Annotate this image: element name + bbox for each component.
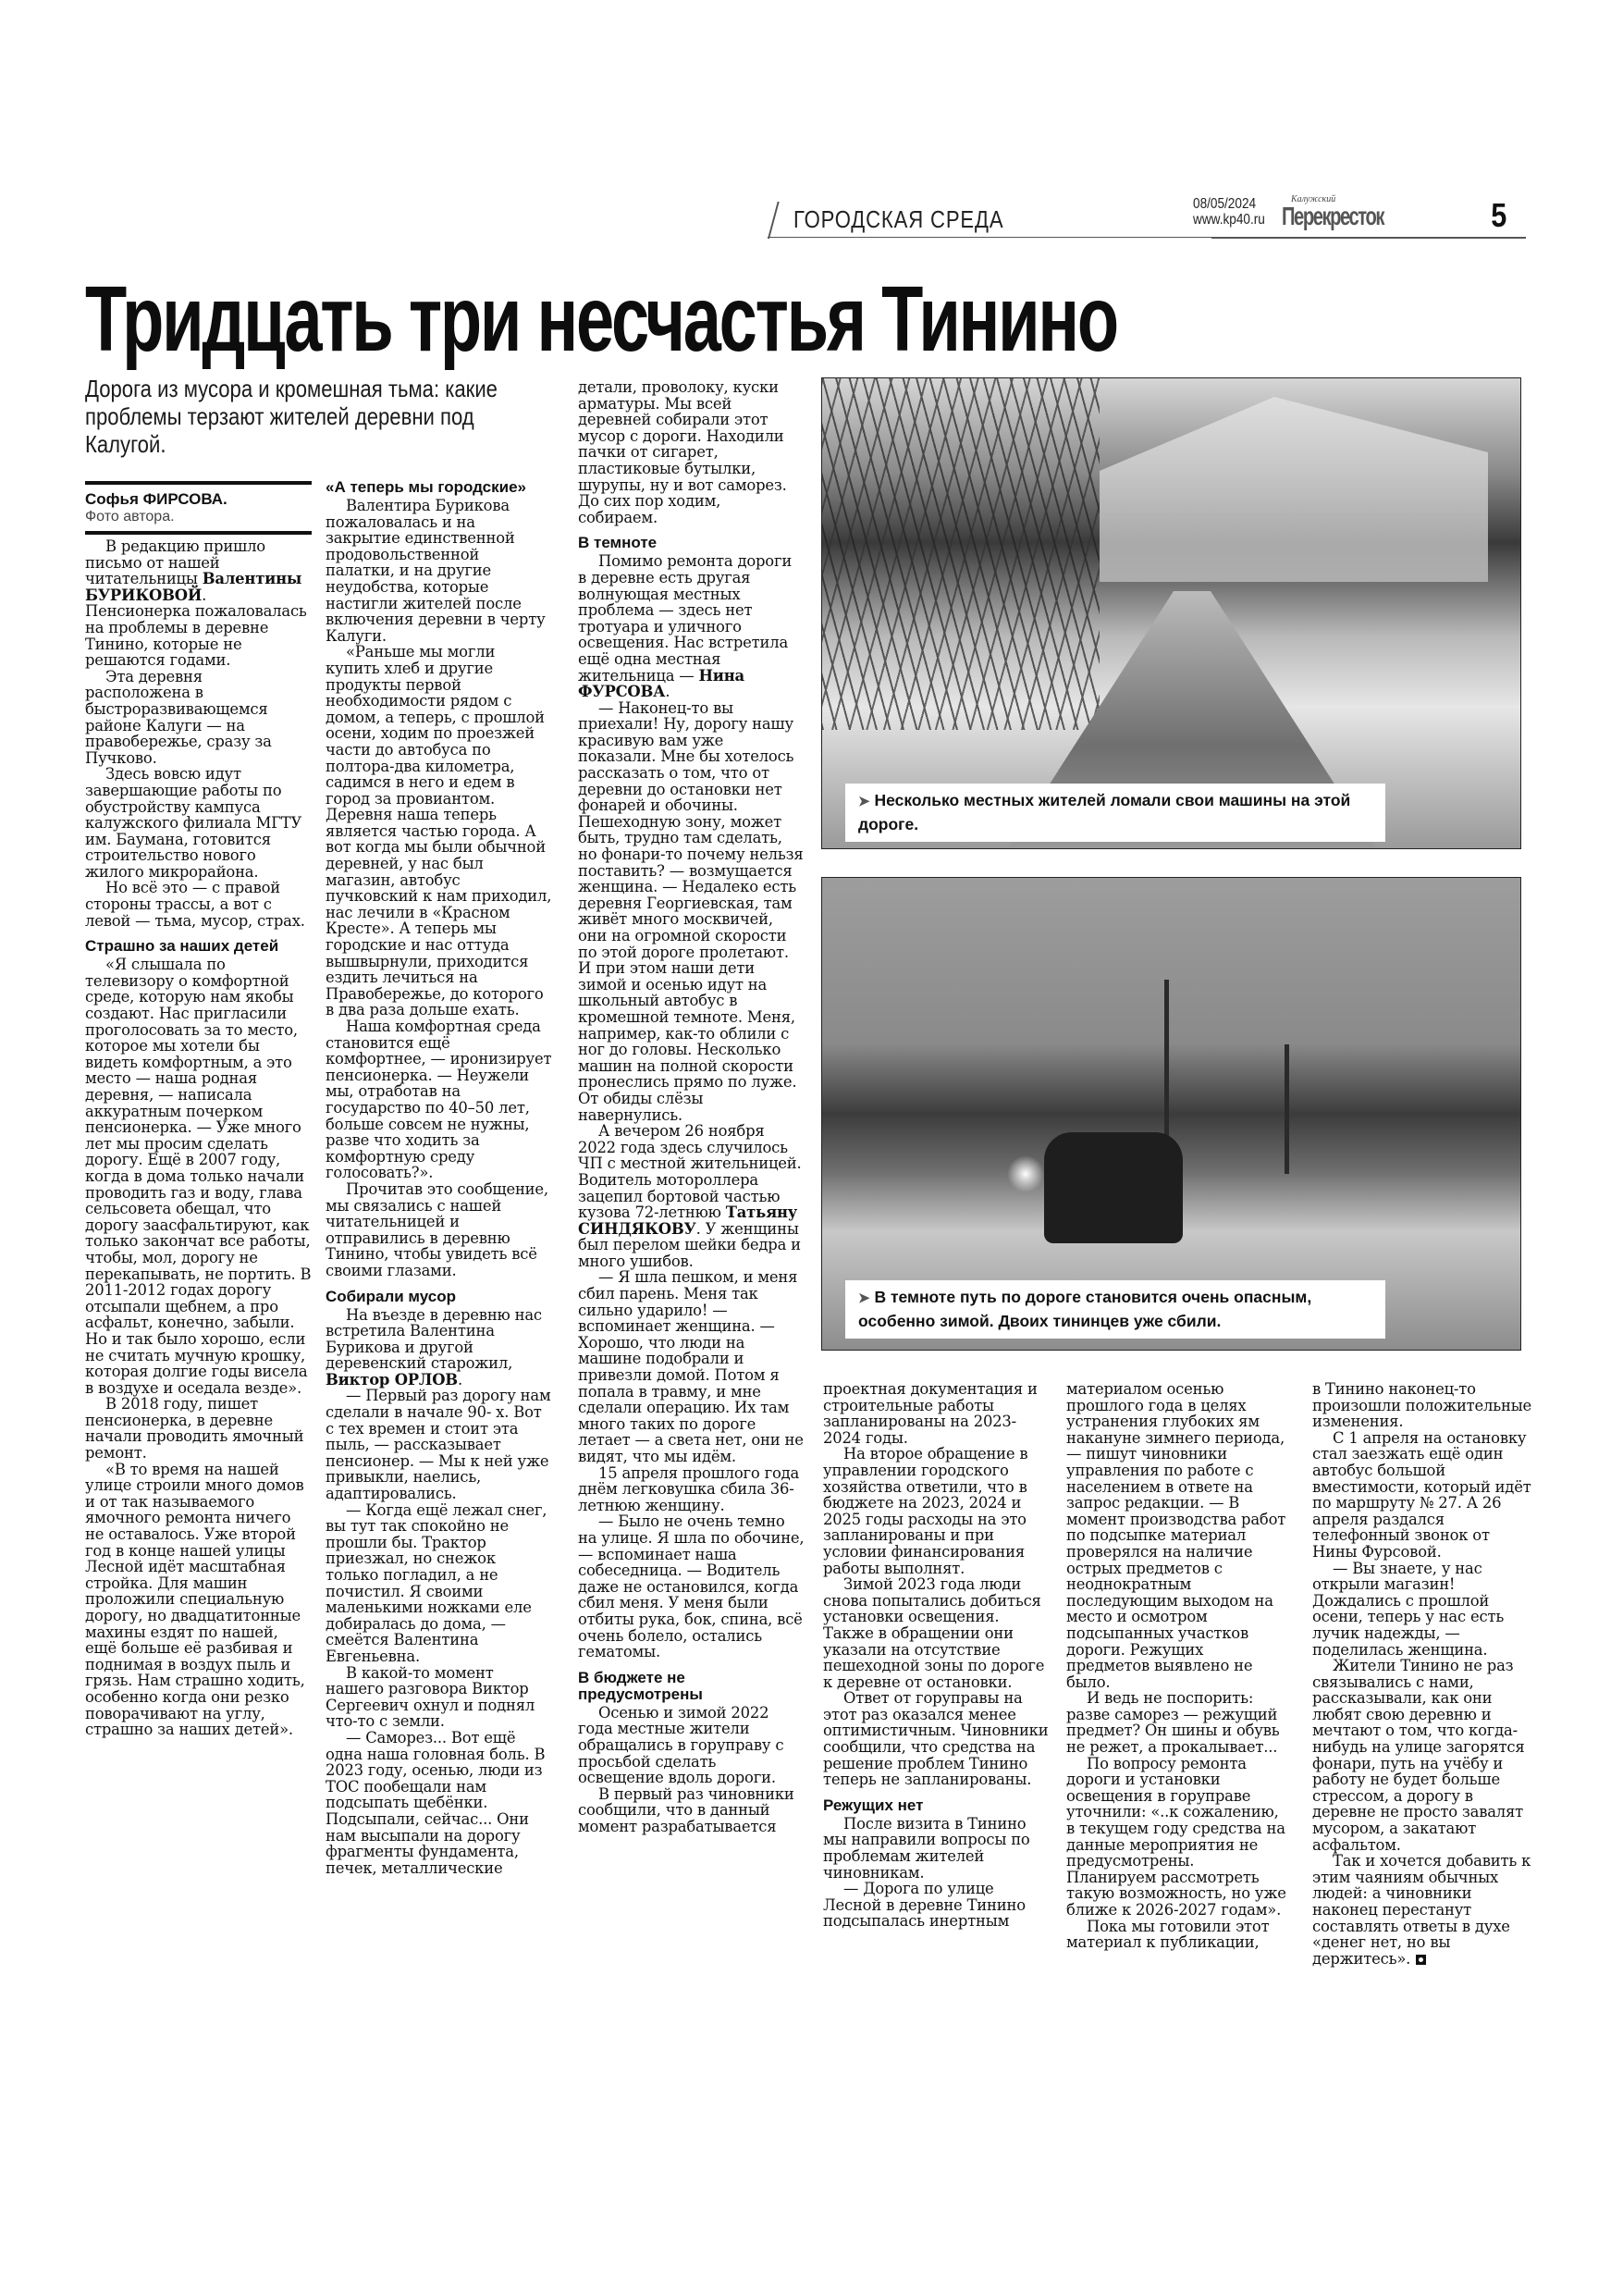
- paragraph: И ведь не поспорить: разве саморез — реж…: [1066, 1690, 1288, 1755]
- paragraph: Валентира Бурикова пожаловалась и на зак…: [326, 498, 552, 644]
- paragraph: Помимо ремонта дороги в деревне есть дру…: [578, 553, 805, 699]
- paragraph: «Я слышала по телевизору о комфортной ср…: [85, 957, 312, 1396]
- arrow-icon: ➤: [858, 1290, 870, 1306]
- issue-date: 08/05/2024: [1193, 196, 1254, 212]
- newspaper-logo: Калужский Перекресток: [1274, 194, 1367, 238]
- photo-house-shape: [1100, 397, 1488, 582]
- paragraph: После визита в Тинино мы направили вопро…: [823, 1816, 1050, 1881]
- article-headline: Тридцать три несчастья Тинино: [85, 268, 1117, 370]
- subheading: В бюджете не предусмотрены: [578, 1670, 805, 1703]
- paragraph: — Вы знаете, у нас открыли магазин! Дожд…: [1312, 1561, 1539, 1659]
- paragraph: На второе обращение в управлении городск…: [823, 1446, 1050, 1576]
- photo-car-shape: [1044, 1132, 1183, 1243]
- photo-dark-road: ➤ В темноте путь по дороге становится оч…: [821, 877, 1521, 1351]
- person-name: Виктор ОРЛОВ: [326, 1371, 458, 1389]
- paragraph: А вечером 26 ноября 2022 года здесь случ…: [578, 1123, 805, 1269]
- paragraph: — Дорога по улице Лесной в деревне Тинин…: [823, 1881, 1050, 1930]
- paragraph: — Когда ещё лежал снег, вы тут так споко…: [326, 1502, 552, 1665]
- paragraph: По вопросу ремонта дороги и установки ос…: [1066, 1756, 1288, 1919]
- article-column-2: «А теперь мы городские» Валентира Бурико…: [326, 479, 552, 1876]
- end-of-article-icon: [1416, 1955, 1426, 1965]
- article-column-3: детали, проволоку, куски арматуры. Мы вс…: [578, 379, 805, 1834]
- paragraph: — Первый раз дорогу нам сделали в начале…: [326, 1388, 552, 1501]
- paragraph: — Саморез... Вот ещё одна наша головная …: [326, 1730, 552, 1876]
- article-lead: Дорога из мусора и кромешная тьма: какие…: [85, 375, 557, 458]
- paragraph: Ответ от горуправы на этот раз оказался …: [823, 1690, 1050, 1788]
- paragraph: Эта деревня расположена в быстроразвиваю…: [85, 669, 312, 767]
- paragraph: На въезде в деревню нас встретила Валент…: [326, 1307, 552, 1389]
- paragraph: Жители Тинино не раз связывались с нами,…: [1312, 1658, 1539, 1853]
- website-link[interactable]: www.kp40.ru: [1193, 212, 1254, 228]
- paragraph: Осенью и зимой 2022 года местные жители …: [578, 1705, 805, 1786]
- article-column-1: В редакцию пришло письмо от нашей читате…: [85, 538, 312, 1738]
- paragraph: В первый раз чиновники сообщили, что в д…: [578, 1786, 805, 1835]
- byline: Софья ФИРСОВА. Фото автора.: [85, 481, 312, 535]
- paragraph: — Наконец-то вы приехали! Ну, дорогу наш…: [578, 700, 805, 1123]
- photo-caption: ➤ Несколько местных жителей ломали свои …: [845, 784, 1385, 842]
- paragraph: В какой-то момент нашего разговора Викто…: [326, 1665, 552, 1730]
- paragraph: В 2018 году, пишет пенсионерка, в деревн…: [85, 1396, 312, 1461]
- photo-caption: ➤ В темноте путь по дороге становится оч…: [845, 1280, 1385, 1339]
- paragraph: В редакцию пришло письмо от нашей читате…: [85, 538, 312, 669]
- paragraph: проектная документация и строительные ра…: [823, 1381, 1050, 1446]
- paragraph: Пока мы готовили этот материал к публика…: [1066, 1919, 1288, 1951]
- article-column-6: в Тинино наконец-то произошли положитель…: [1312, 1381, 1539, 1967]
- paragraph: в Тинино наконец-то произошли положитель…: [1312, 1381, 1539, 1430]
- paragraph: материалом осенью прошлого года в целях …: [1066, 1381, 1288, 1690]
- page-number: 5: [1491, 196, 1515, 235]
- author-name: Софья ФИРСОВА.: [85, 490, 312, 509]
- paragraph: Здесь вовсю идут завершающие работы по о…: [85, 766, 312, 880]
- paragraph: Но всё это — с правой стороны трассы, а …: [85, 880, 312, 929]
- subheading: Режущих нет: [823, 1797, 1050, 1814]
- logo-title: Перекресток: [1282, 202, 1383, 231]
- subheading: Собирали мусор: [326, 1289, 552, 1305]
- paragraph: 15 апреля прошлого года днём легковушка …: [578, 1465, 805, 1514]
- paragraph: — Я шла пешком, и меня сбил парень. Меня…: [578, 1269, 805, 1464]
- article-column-5: материалом осенью прошлого года в целях …: [1066, 1381, 1288, 1951]
- subheading: Страшно за наших детей: [85, 938, 312, 955]
- issue-info: 08/05/2024 www.kp40.ru: [1193, 196, 1254, 237]
- section-title: ГОРОДСКАЯ СРЕДА: [793, 205, 1003, 234]
- paragraph: Наша комфортная среда становится ещё ком…: [326, 1018, 552, 1181]
- section-header: ГОРОДСКАЯ СРЕДА: [768, 202, 1221, 238]
- subheading: В темноте: [578, 535, 805, 551]
- paragraph: детали, проволоку, куски арматуры. Мы вс…: [578, 379, 805, 525]
- paragraph: Зимой 2023 года люди снова попытались до…: [823, 1576, 1050, 1690]
- paragraph: «Раньше мы могли купить хлеб и другие пр…: [326, 644, 552, 1018]
- paragraph: «В то время на нашей улице строили много…: [85, 1462, 312, 1738]
- photo-headlight-shape: [1007, 1155, 1044, 1192]
- photo-trees-shape: [822, 378, 1100, 730]
- subheading: «А теперь мы городские»: [326, 479, 552, 496]
- paragraph: — Было не очень темно на улице. Я шла по…: [578, 1513, 805, 1660]
- photo-pole-shape: [1285, 1044, 1289, 1174]
- paragraph: Прочитав это сообщение, мы связались с н…: [326, 1181, 552, 1279]
- article-column-4: проектная документация и строительные ра…: [823, 1381, 1050, 1930]
- header-divider: [1211, 237, 1526, 239]
- photo-snowy-road: ➤ Несколько местных жителей ломали свои …: [821, 377, 1521, 849]
- paragraph: С 1 апреля на остановку стал заезжать ещ…: [1312, 1430, 1539, 1561]
- arrow-icon: ➤: [858, 794, 870, 809]
- photo-credit: Фото автора.: [85, 509, 312, 525]
- paragraph: Так и хочется добавить к этим чаяниям об…: [1312, 1853, 1539, 1967]
